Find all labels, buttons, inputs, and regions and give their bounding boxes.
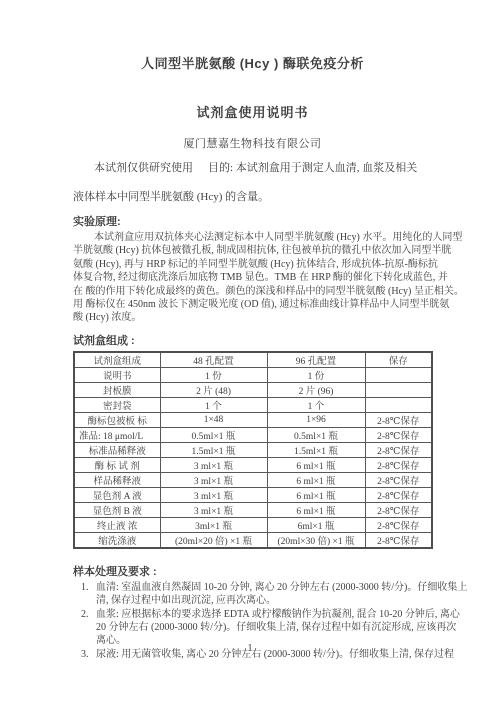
table-row: 酶标包被板 标1×481×962-8℃保存 xyxy=(74,412,432,427)
table-cell: 标准品稀释液 xyxy=(74,442,160,457)
table-cell: 2-8℃保存 xyxy=(365,442,432,457)
table-cell: 2-8℃保存 xyxy=(365,532,432,548)
sample-item-number: 1. xyxy=(81,581,96,608)
table-cell: 封板膜 xyxy=(74,382,160,397)
principle-line: 在 酸的作用下转化成最终的黄色。颜色的深浅和样品中的同型半胱氨酸 (Hcy) 呈… xyxy=(73,285,432,298)
purpose-text: 目的: 本试剂盒用于测定人血清, 血浆及相关 xyxy=(208,159,417,175)
table-cell: 3 ml×1 瓶 xyxy=(160,457,267,472)
spacer xyxy=(193,159,208,175)
table-cell: 1.5ml×1 瓶 xyxy=(267,442,365,457)
page-number: 1 xyxy=(0,643,500,654)
table-cell: 1.5ml×1 瓶 xyxy=(160,442,267,457)
table-cell xyxy=(365,382,432,397)
table-cell: 1 个 xyxy=(160,397,267,412)
table-cell: 1×96 xyxy=(267,412,365,427)
principle-line: 氨酸 (Hcy), 再与 HRP 标记的羊同型半胱氨酸 (Hcy) 抗体结合, … xyxy=(73,258,432,271)
kit-table-header-row: 试剂盒组成48 孔配置96 孔配置保存 xyxy=(74,352,432,368)
purpose-continuation: 液体样本中同型半胱氨酸 (Hcy) 的含量。 xyxy=(73,188,432,204)
purpose-row: 本试剂仅供研究使用 目的: 本试剂盒用于测定人血清, 血浆及相关 xyxy=(73,159,432,175)
table-cell: 准品: 18 μmol/L xyxy=(74,427,160,442)
table-cell: 2 片 (96) xyxy=(267,382,365,397)
table-cell: 显色剂 A 液 xyxy=(74,487,160,502)
table-row: 标准品稀释液1.5ml×1 瓶1.5ml×1 瓶2-8℃保存 xyxy=(74,442,432,457)
table-row: 封板膜2 片 (48)2 片 (96) xyxy=(74,382,432,397)
table-cell xyxy=(365,367,432,382)
table-cell: 样品稀释液 xyxy=(74,472,160,487)
table-row: 显色剂 A 液3 ml×1 瓶6 ml×1 瓶2-8℃保存 xyxy=(74,487,432,502)
kit-table-body: 说明书1 份1 份封板膜2 片 (48)2 片 (96)密封袋1 个1 个酶标包… xyxy=(74,367,432,548)
table-cell: 0.5ml×1 瓶 xyxy=(267,427,365,442)
table-cell: 1 份 xyxy=(160,367,267,382)
table-cell: 酶 标 试 剂 xyxy=(74,457,160,472)
samples-section-heading: 样本处理及要求 : xyxy=(73,563,432,579)
table-row: 准品: 18 μmol/L0.5ml×1 瓶0.5ml×1 瓶2-8℃保存 xyxy=(74,427,432,442)
table-cell: 酶标包被板 标 xyxy=(74,412,160,427)
table-cell: 2-8℃保存 xyxy=(365,487,432,502)
sample-item-text: 血浆: 应根据标本的要求选择 EDTA 或柠檬酸钠作为抗凝剂, 混合 10-20… xyxy=(96,608,460,648)
table-cell: 6 ml×1 瓶 xyxy=(267,457,365,472)
principle-line: 用 酶标仪在 450nm 波长下测定吸光度 (OD 值), 通过标准曲线计算样品… xyxy=(73,298,432,311)
table-cell: 6ml×1 瓶 xyxy=(267,517,365,532)
table-row: 密封袋1 个1 个 xyxy=(74,397,432,412)
sample-item-number: 2. xyxy=(81,608,96,648)
table-cell: 2 片 (48) xyxy=(160,382,267,397)
table-cell: 2-8℃保存 xyxy=(365,427,432,442)
kit-components-table: 试剂盒组成48 孔配置96 孔配置保存 说明书1 份1 份封板膜2 片 (48)… xyxy=(73,351,433,549)
column-header: 保存 xyxy=(365,352,432,368)
table-cell: 6 ml×1 瓶 xyxy=(267,487,365,502)
principle-section-heading: 实验原理: xyxy=(73,213,432,229)
table-cell: 1×48 xyxy=(160,412,267,427)
table-row: 说明书1 份1 份 xyxy=(74,367,432,382)
principle-paragraph: 本试剂盒应用双抗体夹心法测定标本中人同型半胱氨酸 (Hcy) 水平。用纯化的人同… xyxy=(73,231,432,325)
document-title: 人同型半胱氨酸 (Hcy ) 酶联免疫分析 xyxy=(73,53,432,72)
table-cell: 2-8℃保存 xyxy=(365,517,432,532)
table-cell: 2-8℃保存 xyxy=(365,412,432,427)
table-cell: 1 份 xyxy=(267,367,365,382)
table-row: 显色剂 B 液3 ml×1 瓶6 ml×1 瓶2-8℃保存 xyxy=(74,502,432,517)
column-header: 48 孔配置 xyxy=(160,352,267,368)
company-name: 厦门慧嘉生物科技有限公司 xyxy=(73,135,432,151)
document-subtitle: 试剂盒使用说明书 xyxy=(73,102,432,121)
kit-section-heading: 试剂盒组成 : xyxy=(73,332,432,348)
sample-item-line: 血清: 室温血液自然凝固 10-20 分钟, 离心 20 分钟左右 (2000-… xyxy=(96,581,467,594)
sample-item: 1.血清: 室温血液自然凝固 10-20 分钟, 离心 20 分钟左右 (200… xyxy=(81,581,432,608)
sample-item-line: 血浆: 应根据标本的要求选择 EDTA 或柠檬酸钠作为抗凝剂, 混合 10-20… xyxy=(96,608,460,621)
table-cell: 显色剂 B 液 xyxy=(74,502,160,517)
principle-line: 本试剂盒应用双抗体夹心法测定标本中人同型半胱氨酸 (Hcy) 水平。用纯化的人同… xyxy=(73,231,432,244)
table-cell xyxy=(365,397,432,412)
table-row: 终止液 浓3ml×1 瓶6ml×1 瓶2-8℃保存 xyxy=(74,517,432,532)
sample-item-line: 清, 保存过程中如出现沉淀, 应再次离心。 xyxy=(96,594,467,607)
column-header: 试剂盒组成 xyxy=(74,352,160,368)
table-cell: 2-8℃保存 xyxy=(365,502,432,517)
table-row: 样品稀释液3 ml×1 瓶6 ml×1 瓶2-8℃保存 xyxy=(74,472,432,487)
table-cell: 3 ml×1 瓶 xyxy=(160,472,267,487)
table-cell: 0.5ml×1 瓶 xyxy=(160,427,267,442)
table-cell: 3 ml×1 瓶 xyxy=(160,502,267,517)
principle-line: 酸 (Hcy) 浓度。 xyxy=(73,311,432,324)
sample-item: 2.血浆: 应根据标本的要求选择 EDTA 或柠檬酸钠作为抗凝剂, 混合 10-… xyxy=(81,608,432,648)
table-cell: (20ml×30 倍) ×1 瓶 xyxy=(267,532,365,548)
table-cell: 说明书 xyxy=(74,367,160,382)
table-cell: 6 ml×1 瓶 xyxy=(267,472,365,487)
table-cell: 密封袋 xyxy=(74,397,160,412)
table-cell: 1 个 xyxy=(267,397,365,412)
column-header: 96 孔配置 xyxy=(267,352,365,368)
table-row: 酶 标 试 剂3 ml×1 瓶6 ml×1 瓶2-8℃保存 xyxy=(74,457,432,472)
document-page: 人同型半胱氨酸 (Hcy ) 酶联免疫分析 试剂盒使用说明书 厦门慧嘉生物科技有… xyxy=(0,0,500,707)
sample-item-text: 血清: 室温血液自然凝固 10-20 分钟, 离心 20 分钟左右 (2000-… xyxy=(96,581,467,608)
table-row: 缩洗涤液(20ml×20 倍) ×1 瓶(20ml×30 倍) ×1 瓶2-8℃… xyxy=(74,532,432,548)
sample-item-line: 20 分钟左右 (2000-3000 转/分)。仔细收集上清, 保存过程中如有沉… xyxy=(96,621,460,634)
table-cell: 3 ml×1 瓶 xyxy=(160,487,267,502)
table-cell: 3ml×1 瓶 xyxy=(160,517,267,532)
principle-line: 半胱氨酸 (Hcy) 抗体包被微孔板, 制成固相抗体, 往包被单抗的微孔中依次加… xyxy=(73,244,432,257)
table-cell: 2-8℃保存 xyxy=(365,472,432,487)
research-use-note: 本试剂仅供研究使用 xyxy=(94,159,193,175)
table-cell: 2-8℃保存 xyxy=(365,457,432,472)
principle-line: 体复合物, 经过彻底洗涤后加底物 TMB 显色。TMB 在 HRP 酶的催化下转… xyxy=(73,271,432,284)
table-cell: 缩洗涤液 xyxy=(74,532,160,548)
table-cell: (20ml×20 倍) ×1 瓶 xyxy=(160,532,267,548)
table-cell: 6 ml×1 瓶 xyxy=(267,502,365,517)
table-cell: 终止液 浓 xyxy=(74,517,160,532)
